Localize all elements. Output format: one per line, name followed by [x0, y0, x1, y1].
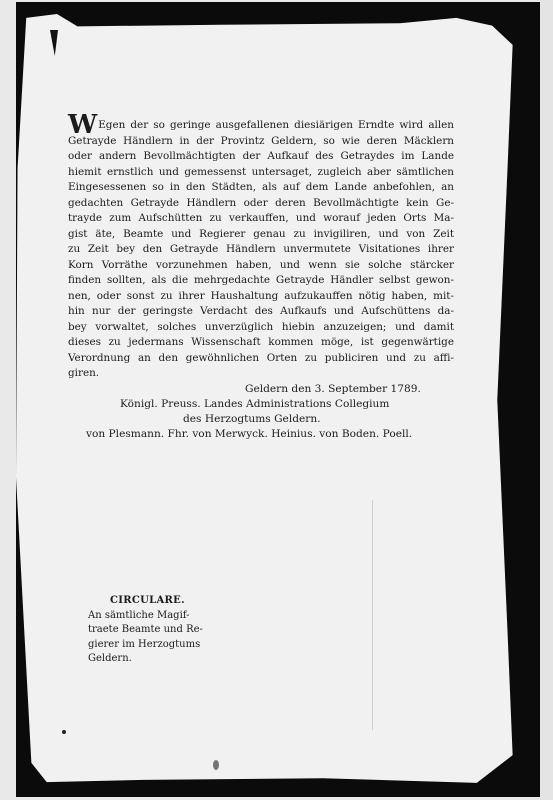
circulare-line: Geldern. — [88, 652, 203, 667]
decree-line: giren. — [68, 366, 454, 382]
circulare-line: gierer im Herzogtums — [88, 638, 203, 653]
decree-line: dieses zu jedermans Wissenschaft kommen … — [68, 335, 454, 351]
date-line: Geldern den 3. September 1789. — [245, 383, 421, 395]
decree-line: Korn Vorräthe vorzunehmen haben, und wen… — [68, 258, 454, 274]
signatories: von Plesmann. Fhr. von Merwyck. Heinius.… — [86, 428, 412, 440]
ink-speck — [62, 730, 66, 734]
circulare-title: CIRCULARE. — [92, 594, 203, 609]
decree-line: oder andern Bevollmächtigten der Aufkauf… — [68, 149, 454, 165]
decree-line: gist äte, Beamte und Regierer genau zu i… — [68, 227, 454, 243]
decree-line: gedachten Getrayde Händlern oder deren B… — [68, 196, 454, 212]
ink-speck — [213, 760, 219, 770]
decree-line: bey vorwaltet, solches unverzüglich hieb… — [68, 320, 454, 336]
issuer-line: Königl. Preuss. Landes Administrations C… — [120, 398, 389, 410]
scan-margin — [540, 0, 553, 800]
decree-line: Getrayde Händlern in der Provintz Gelder… — [68, 134, 454, 150]
decree-line: finden sollten, als die mehrgedachte Get… — [68, 273, 454, 289]
circulare-address: CIRCULARE. An sämtliche Magif- traete Be… — [88, 594, 203, 667]
decree-line: Eingesessenen so in den Städten, als auf… — [68, 180, 454, 196]
circulare-line: An sämtliche Magif- — [88, 609, 203, 624]
decree-line: hiemit ernstlich und gemessenst untersag… — [68, 165, 454, 181]
decree-line: Verordnung an den gewöhnlichen Orten zu … — [68, 351, 454, 367]
decree-body: WEgen der so geringe ausgefallenen diesi… — [68, 118, 454, 382]
decree-line: trayde zum Aufschütten zu verkauffen, un… — [68, 211, 454, 227]
decree-line: WEgen der so geringe ausgefallenen diesi… — [68, 118, 454, 134]
paper-fold-line — [372, 500, 373, 730]
decree-line: zu Zeit bey den Getrayde Händlern unverm… — [68, 242, 454, 258]
issuer-line: des Herzogtums Geldern. — [183, 413, 321, 425]
circulare-line: traete Beamte und Re- — [88, 623, 203, 638]
decree-line: nen, oder sonst zu ihrer Haushaltung auf… — [68, 289, 454, 305]
decree-line: hin nur der geringste Verdacht des Aufka… — [68, 304, 454, 320]
